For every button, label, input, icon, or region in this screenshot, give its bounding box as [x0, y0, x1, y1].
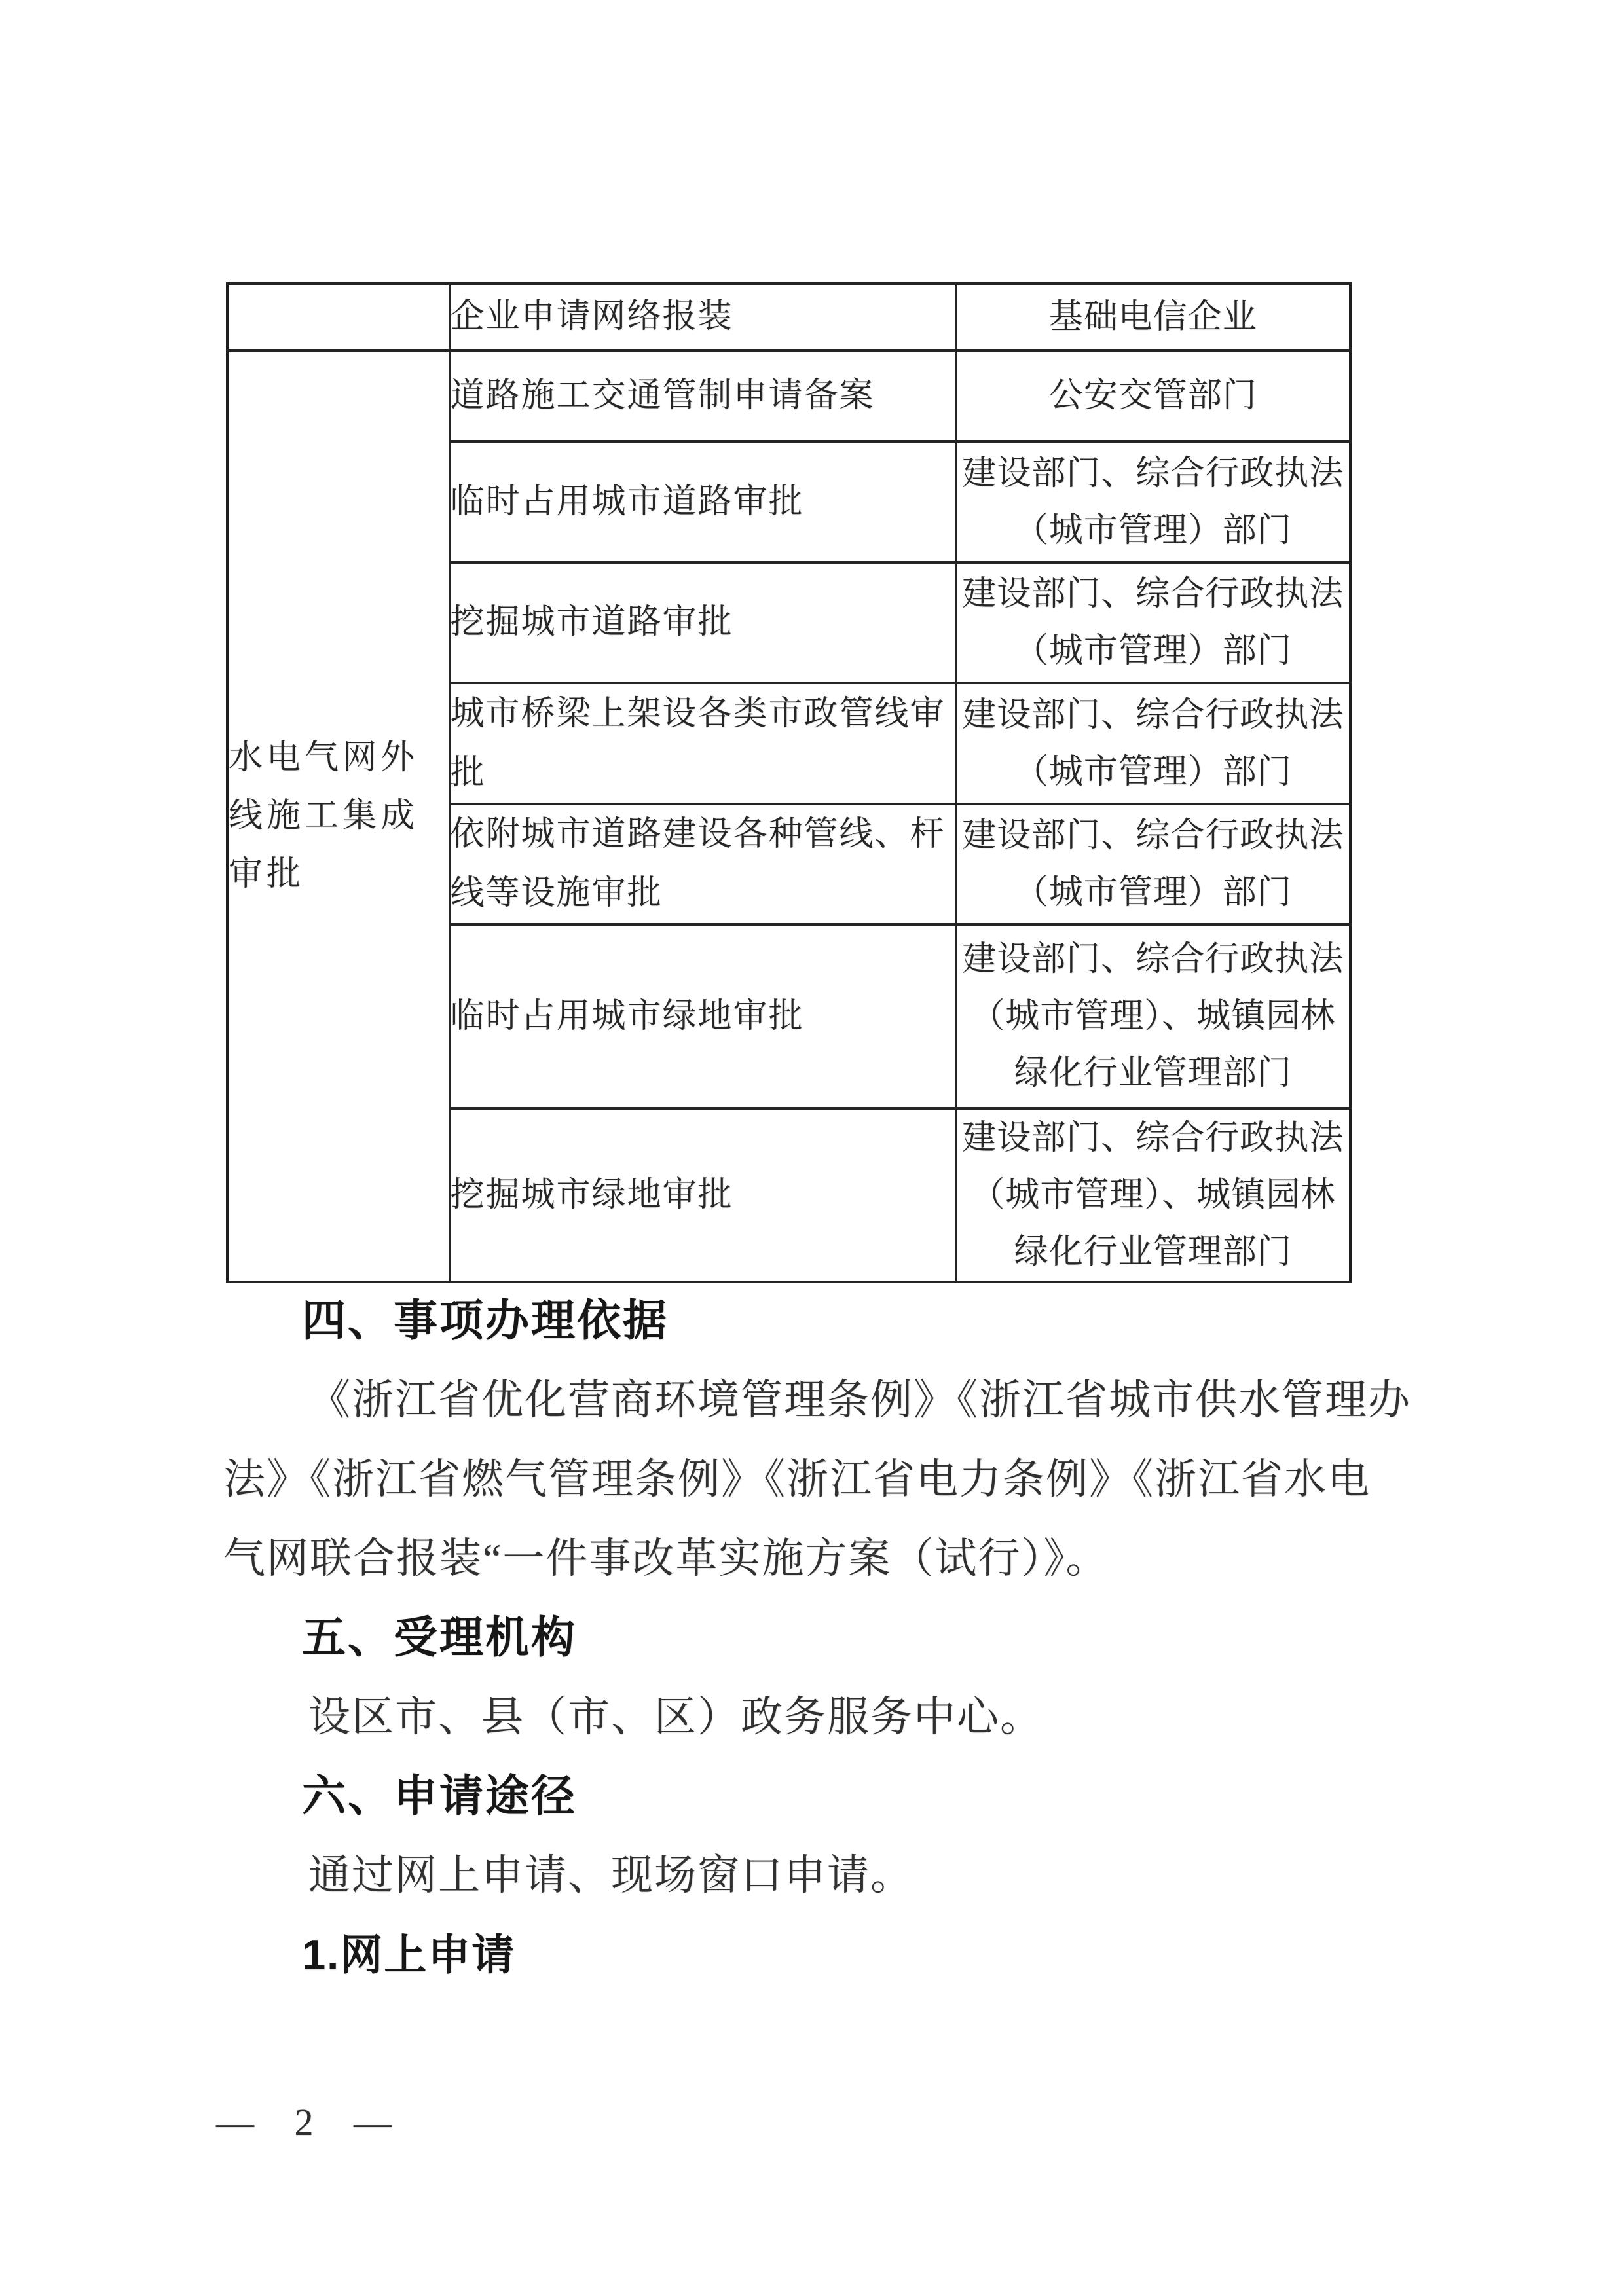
page-number: — 2 —	[216, 2092, 392, 2151]
item-line: 企业申请网络报装	[451, 287, 955, 346]
item-line: 临时占用城市绿地审批	[451, 987, 955, 1046]
item-line: 挖掘城市道路审批	[451, 593, 955, 652]
dept-line: （城市管理）部门	[957, 623, 1350, 680]
table-cell-item: 挖掘城市绿地审批	[449, 1108, 956, 1282]
dept-line: （城市管理）、城镇园林	[957, 1167, 1350, 1224]
dept-line: 建设部门、综合行政执法	[957, 445, 1350, 502]
table-cell-department: 建设部门、综合行政执法 （城市管理）、城镇园林 绿化行业管理部门	[956, 1108, 1350, 1282]
dept-line: 基础电信企业	[957, 289, 1350, 346]
table-cell-department: 公安交管部门	[956, 350, 1350, 441]
dept-line: 建设部门、综合行政执法	[957, 807, 1350, 864]
dept-line: 建设部门、综合行政执法	[957, 1110, 1350, 1167]
table-cell-department: 建设部门、综合行政执法 （城市管理）、城镇园林 绿化行业管理部门	[956, 924, 1350, 1108]
section-heading-4: 四、事项办理依据	[223, 1281, 1433, 1360]
dept-line: 建设部门、综合行政执法	[957, 931, 1350, 988]
dept-line: 绿化行业管理部门	[957, 1045, 1350, 1102]
dept-line: 建设部门、综合行政执法	[957, 687, 1350, 744]
category-line: 线施工集成	[229, 787, 449, 845]
sub-heading-1: 1.网上申请	[223, 1915, 1433, 1994]
dept-line: 绿化行业管理部门	[957, 1224, 1350, 1281]
section-heading-5: 五、受理机构	[223, 1598, 1433, 1677]
table-cell-department: 建设部门、综合行政执法 （城市管理）部门	[956, 441, 1350, 562]
paragraph-line: 通过网上申请、现场窗口申请。	[223, 1836, 1433, 1915]
paragraph-line: 法》《浙江省燃气管理条例》《浙江省电力条例》《浙江省水电	[223, 1440, 1433, 1519]
category-line: 审批	[229, 845, 449, 903]
page-number-dash-right: —	[354, 2100, 392, 2144]
paragraph-line: 《浙江省优化营商环境管理条例》《浙江省城市供水管理办	[223, 1360, 1433, 1440]
table-row: 水电气网外 线施工集成 审批 道路施工交通管制申请备案 公安交管部门	[227, 350, 1350, 441]
table-cell-department: 基础电信企业	[956, 283, 1350, 350]
table-cell-item: 企业申请网络报装	[449, 283, 956, 350]
dept-line: （城市管理）、城镇园林	[957, 988, 1350, 1045]
document-body: 四、事项办理依据 《浙江省优化营商环境管理条例》《浙江省城市供水管理办 法》《浙…	[223, 1281, 1433, 1994]
table-cell-department: 建设部门、综合行政执法 （城市管理）部门	[956, 804, 1350, 924]
page-number-dash-left: —	[216, 2100, 254, 2144]
dept-line: 建设部门、综合行政执法	[957, 566, 1350, 623]
item-line: 道路施工交通管制申请备案	[451, 367, 955, 426]
section-heading-6: 六、申请途径	[223, 1757, 1433, 1836]
scanned-document-page: 企业申请网络报装 基础电信企业 水电气网外 线施工集成 审批 道路施工交通管制申…	[0, 0, 1624, 2296]
table-cell-department: 建设部门、综合行政执法 （城市管理）部门	[956, 683, 1350, 804]
table-cell-item: 挖掘城市道路审批	[449, 562, 956, 683]
approval-items-table: 企业申请网络报装 基础电信企业 水电气网外 线施工集成 审批 道路施工交通管制申…	[226, 282, 1352, 1283]
table-cell-category: 水电气网外 线施工集成 审批	[227, 350, 449, 1282]
dept-line: （城市管理）部门	[957, 744, 1350, 801]
item-line: 城市桥梁上架设各类市政管线审	[451, 685, 955, 744]
paragraph-line: 设区市、县（市、区）政务服务中心。	[223, 1677, 1433, 1757]
table-cell-item: 临时占用城市绿地审批	[449, 924, 956, 1108]
category-line: 水电气网外	[229, 729, 449, 787]
paragraph-line: 气网联合报装“一件事改革实施方案（试行）》。	[223, 1519, 1433, 1598]
item-line: 依附城市道路建设各种管线、杆	[451, 805, 955, 864]
dept-line: 公安交管部门	[957, 367, 1350, 424]
table-cell-item: 道路施工交通管制申请备案	[449, 350, 956, 441]
item-line: 批	[451, 744, 955, 803]
item-line: 线等设施审批	[451, 864, 955, 923]
table-cell-item: 临时占用城市道路审批	[449, 441, 956, 562]
page-number-value: 2	[295, 2100, 314, 2144]
table-cell-department: 建设部门、综合行政执法 （城市管理）部门	[956, 562, 1350, 683]
table-cell-item: 城市桥梁上架设各类市政管线审 批	[449, 683, 956, 804]
item-line: 挖掘城市绿地审批	[451, 1166, 955, 1225]
item-line: 临时占用城市道路审批	[451, 473, 955, 532]
dept-line: （城市管理）部门	[957, 502, 1350, 559]
table-cell-empty	[227, 283, 449, 350]
table-cell-item: 依附城市道路建设各种管线、杆 线等设施审批	[449, 804, 956, 924]
table-row: 企业申请网络报装 基础电信企业	[227, 283, 1350, 350]
dept-line: （城市管理）部门	[957, 864, 1350, 921]
